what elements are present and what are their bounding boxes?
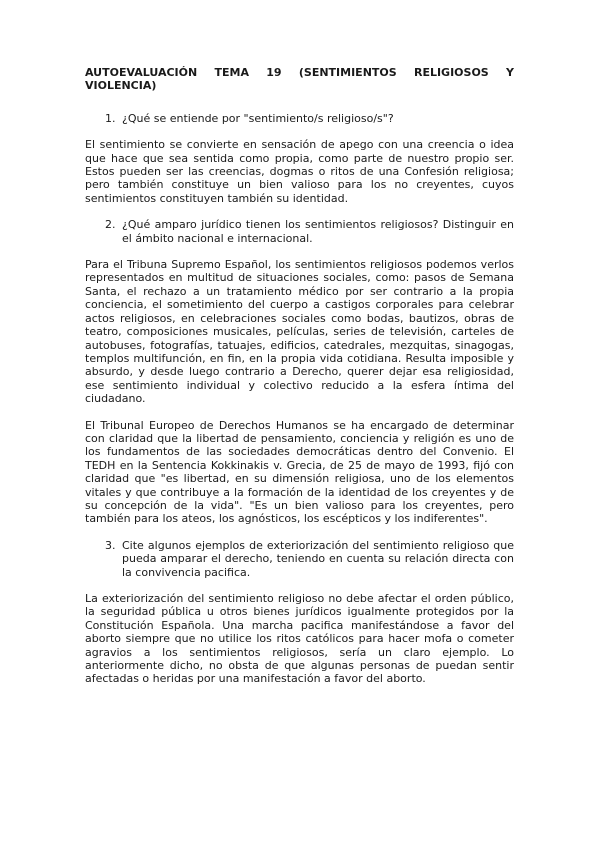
question-item: 3.Cite algunos ejemplos de exteriorizaci… bbox=[105, 539, 514, 579]
question-text: ¿Qué amparo jurídico tienen los sentimie… bbox=[122, 218, 514, 245]
question-number: 3. bbox=[105, 539, 122, 579]
question-number: 1. bbox=[105, 112, 122, 125]
question-item: 1.¿Qué se entiende por "sentimiento/s re… bbox=[105, 112, 514, 125]
question-text: Cite algunos ejemplos de exteriorización… bbox=[122, 539, 514, 579]
paragraph: El Tribunal Europeo de Derechos Humanos … bbox=[85, 419, 514, 526]
question-text: ¿Qué se entiende por "sentimiento/s reli… bbox=[122, 112, 514, 125]
question-number: 2. bbox=[105, 218, 122, 245]
question-item: 2.¿Qué amparo jurídico tienen los sentim… bbox=[105, 218, 514, 245]
paragraph: Para el Tribuna Supremo Español, los sen… bbox=[85, 258, 514, 405]
document-body: 1.¿Qué se entiende por "sentimiento/s re… bbox=[85, 112, 514, 686]
document-page: AUTOEVALUACIÓN TEMA 19 (SENTIMIENTOS REL… bbox=[0, 0, 599, 848]
paragraph: La exteriorización del sentimiento relig… bbox=[85, 592, 514, 686]
paragraph: El sentimiento se convierte en sensación… bbox=[85, 138, 514, 205]
document-title: AUTOEVALUACIÓN TEMA 19 (SENTIMIENTOS REL… bbox=[85, 66, 514, 93]
